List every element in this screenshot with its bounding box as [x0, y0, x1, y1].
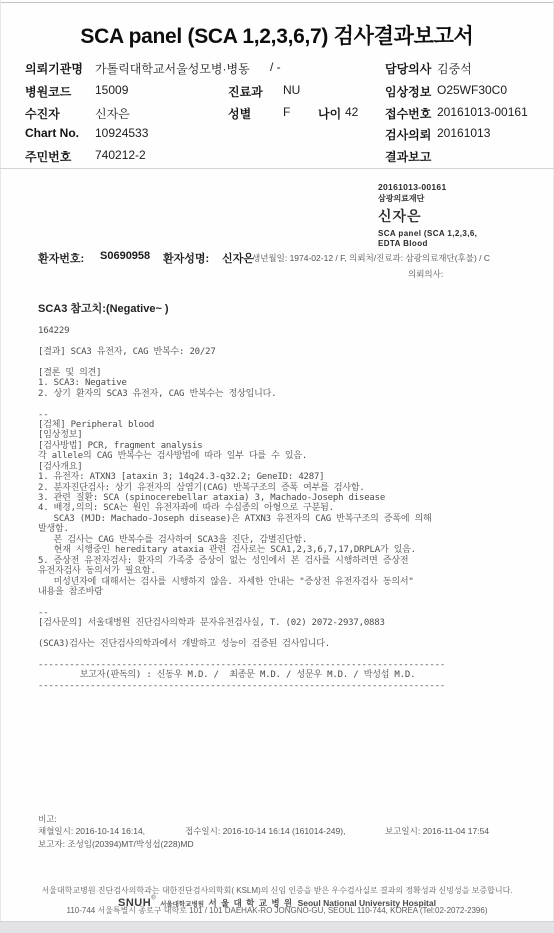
- report-body-line: 각 allele의 CAG 반복수는 검사방법에 따라 일부 다를 수 있음.: [38, 451, 543, 461]
- request-date-label: 검사의뢰: [385, 126, 431, 143]
- collected-datetime: 채혈일시: 2016-10-14 16:14,: [38, 825, 145, 837]
- patient-value: 신자은: [95, 105, 130, 122]
- sex-label: 성별: [228, 105, 251, 122]
- remark-label: 비고:: [38, 813, 57, 825]
- stamp-receipt-no: 20161013-00161: [378, 182, 550, 192]
- hospital-code-label: 병원코드: [25, 83, 71, 100]
- stamp-org: 삼광의료재단: [378, 193, 550, 204]
- reported-datetime: 보고일시: 2016-11-04 17:54: [385, 825, 489, 837]
- clinical-label: 임상정보: [385, 83, 431, 100]
- doctor-label: 담당의사: [385, 60, 431, 77]
- doctor-value: 김중석: [437, 60, 472, 77]
- report-body-line: 본 검사는 CAG 반복수를 검사하여 SCA3을 진단, 감별진단함.: [38, 535, 543, 545]
- stamp-patient-name: 신자은: [378, 206, 550, 226]
- left-edge: [0, 0, 1, 933]
- report-body-line: 현재 시행중인 hereditary ataxia 관련 검사로는 SCA1,2…: [38, 545, 543, 555]
- report-body-line: 내용을 참조바람: [38, 587, 543, 597]
- age-value: 42: [345, 105, 358, 119]
- report-body-line: [검사방법] PCR, fragment analysis: [38, 441, 543, 451]
- patient-name-label: 환자성명:: [163, 250, 209, 266]
- report-body-line: 미성년자에 대해서는 검사를 시행하지 않음. 자세한 안내는 "증상전 유전자…: [38, 577, 543, 587]
- report-body-line: 유전자검사 동의서가 필요함.: [38, 566, 543, 576]
- report-body-line: [38, 357, 543, 367]
- report-body-line: --: [38, 410, 543, 420]
- receipt-value: 20161013-00161: [437, 105, 528, 119]
- age-label: 나이: [318, 105, 341, 122]
- report-body-line: [38, 650, 543, 660]
- patient-no-label: 환자번호:: [38, 250, 84, 266]
- report-body-line: 2. 상기 환자의 SCA3 유전자, CAG 반복수는 정상입니다.: [38, 389, 543, 399]
- report-body-line: [검체] Peripheral blood: [38, 420, 543, 430]
- stamp-test-name: SCA panel (SCA 1,2,3,6,: [378, 229, 550, 238]
- resident-no-value: 740212-2: [95, 148, 146, 162]
- report-body-line: 3. 관련 질환: SCA (spinocerebellar ataxia) 3…: [38, 493, 543, 503]
- receipt-label: 접수번호: [385, 105, 431, 122]
- report-body: 164229[결과] SCA3 유전자, CAG 반복수: 20/27[결론 및…: [38, 326, 543, 691]
- report-body-line: --: [38, 608, 543, 618]
- report-body-line: 보고자(판독의) : 신동우 M.D. / 최종문 M.D. / 성문우 M.D…: [38, 670, 543, 680]
- report-body-line: 164229: [38, 326, 543, 336]
- referring-doctor-label: 의뢰의사:: [408, 268, 443, 280]
- chart-no-label: Chart No.: [25, 126, 79, 140]
- dept-value: NU: [283, 83, 300, 97]
- dept-label: 진료과: [228, 83, 263, 100]
- received-datetime: 접수일시: 2016-10-14 16:14 (161014-249),: [185, 825, 345, 837]
- specimen-label-stamp: 20161013-00161 삼광의료재단 신자은 SCA panel (SCA…: [378, 182, 550, 248]
- report-body-line: [38, 399, 543, 409]
- hospital-code-value: 15009: [95, 83, 128, 97]
- chart-no-value: 10924533: [95, 126, 148, 140]
- report-body-line: [38, 597, 543, 607]
- report-title: SCA panel (SCA 1,2,3,6,7) 검사결과보고서: [0, 20, 554, 50]
- header-divider: [0, 168, 554, 169]
- report-body-line: [38, 336, 543, 346]
- sex-value: F: [283, 105, 290, 119]
- report-body-line: [결론 및 의견]: [38, 368, 543, 378]
- report-body-line: 1. SCA3: Negative: [38, 378, 543, 388]
- reporter-line: 보고자: 조성임(20394)MT/박성섭(228)MD: [38, 838, 194, 850]
- report-body-line: ----------------------------------------…: [38, 681, 543, 691]
- report-body-line: 5. 증상전 유전자검사: 환자의 가족중 증상이 없는 성인에서 본 검사를 …: [38, 556, 543, 566]
- report-body-line: ----------------------------------------…: [38, 660, 543, 670]
- org-value: 가톨릭대학교서울성모병·병동: [95, 60, 250, 77]
- report-body-line: [검사개요]: [38, 462, 543, 472]
- org-label: 의뢰기관명: [25, 60, 83, 77]
- report-body-line: 2. 분자진단검사: 상기 유전자의 삼염기(CAG) 반복구조의 증폭 여부를…: [38, 483, 543, 493]
- registered-mark-icon: ®: [151, 896, 155, 902]
- org-extra: / -: [270, 60, 281, 74]
- reference-range: SCA3 참고치:(Negative~ ): [38, 300, 169, 316]
- patient-label: 수진자: [25, 105, 60, 122]
- request-date-value: 20161013: [437, 126, 490, 140]
- report-body-line: [검사문의] 서울대병원 진단검사의학과 분자유전검사실, T. (02) 20…: [38, 618, 543, 628]
- hospital-address: 110-744 서울특별시 종로구 대학로 101 / 101 DAEHAK-R…: [0, 905, 554, 916]
- report-body-line: 4. 배경,의의: SCA는 원인 유전자좌에 따라 수십종의 아형으로 구분됨…: [38, 503, 543, 513]
- stamp-specimen-type: EDTA Blood: [378, 239, 550, 248]
- patient-name-value: 신자은: [222, 250, 254, 266]
- patient-no-value: S0690958: [100, 250, 150, 262]
- bottom-scan-band: [0, 921, 554, 933]
- report-body-line: (SCA3)검사는 진단검사의학과에서 개발하고 성능이 검증된 검사입니다.: [38, 639, 543, 649]
- report-body-line: [38, 629, 543, 639]
- report-page: SCA panel (SCA 1,2,3,6,7) 검사결과보고서 의뢰기관명 …: [0, 0, 554, 933]
- report-date-label: 결과보고: [385, 148, 431, 165]
- patient-meta: 생년월일: 1974-02-12 / F, 의뢰처/진료과: 삼광의료재단(후불…: [252, 252, 554, 264]
- clinical-value: O25WF30C0: [437, 83, 507, 97]
- top-edge-line: [0, 2, 554, 3]
- report-body-line: [결과] SCA3 유전자, CAG 반복수: 20/27: [38, 347, 543, 357]
- report-body-line: SCA3 (MJD: Machado-Joseph disease)은 ATXN…: [38, 514, 543, 524]
- resident-no-label: 주민번호: [25, 148, 71, 165]
- report-body-line: 1. 유전자: ATXN3 [ataxin 3; 14q24.3-q32.2; …: [38, 472, 543, 482]
- report-body-line: 발생함.: [38, 524, 543, 534]
- report-body-line: [임상정보]: [38, 430, 543, 440]
